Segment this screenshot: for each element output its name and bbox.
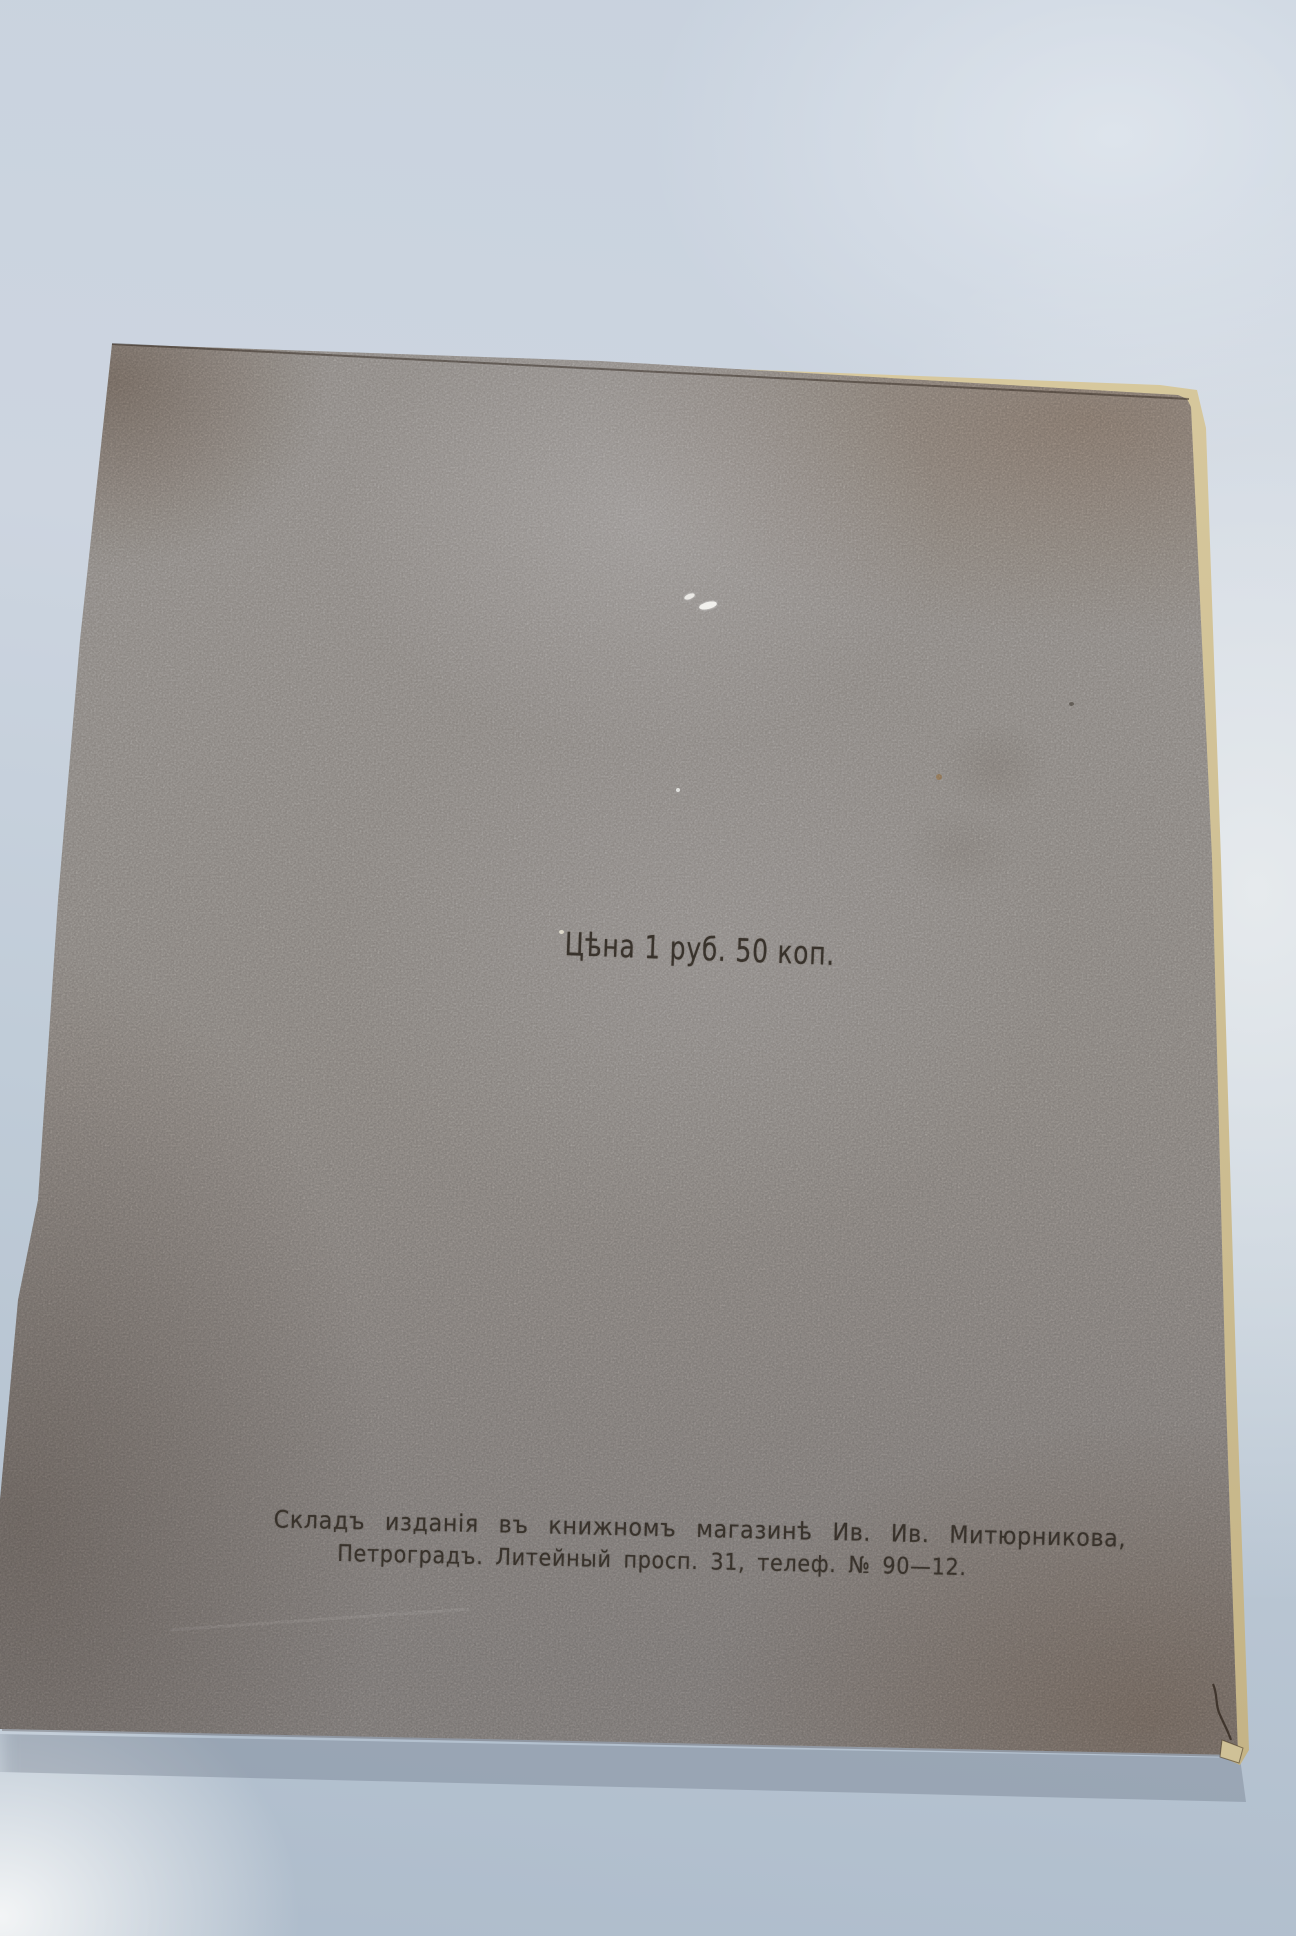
dark-speck	[1069, 702, 1074, 706]
smudge-stain	[900, 806, 1020, 896]
paper-speck	[559, 930, 564, 934]
smudge-stain	[940, 718, 1050, 814]
white-scratch-mark	[683, 592, 695, 601]
rust-speck	[936, 774, 942, 780]
paper-speck	[676, 788, 680, 792]
price-text: Цѣна 1 руб. 50 коп.	[564, 925, 836, 973]
white-scratch-mark	[698, 600, 717, 611]
photo-canvas: Цѣна 1 руб. 50 коп. Складъ изданія въ кн…	[0, 0, 1296, 1936]
book-back-cover: Цѣна 1 руб. 50 коп. Складъ изданія въ кн…	[0, 0, 1296, 1936]
paper-fiber-streak	[170, 1608, 469, 1632]
